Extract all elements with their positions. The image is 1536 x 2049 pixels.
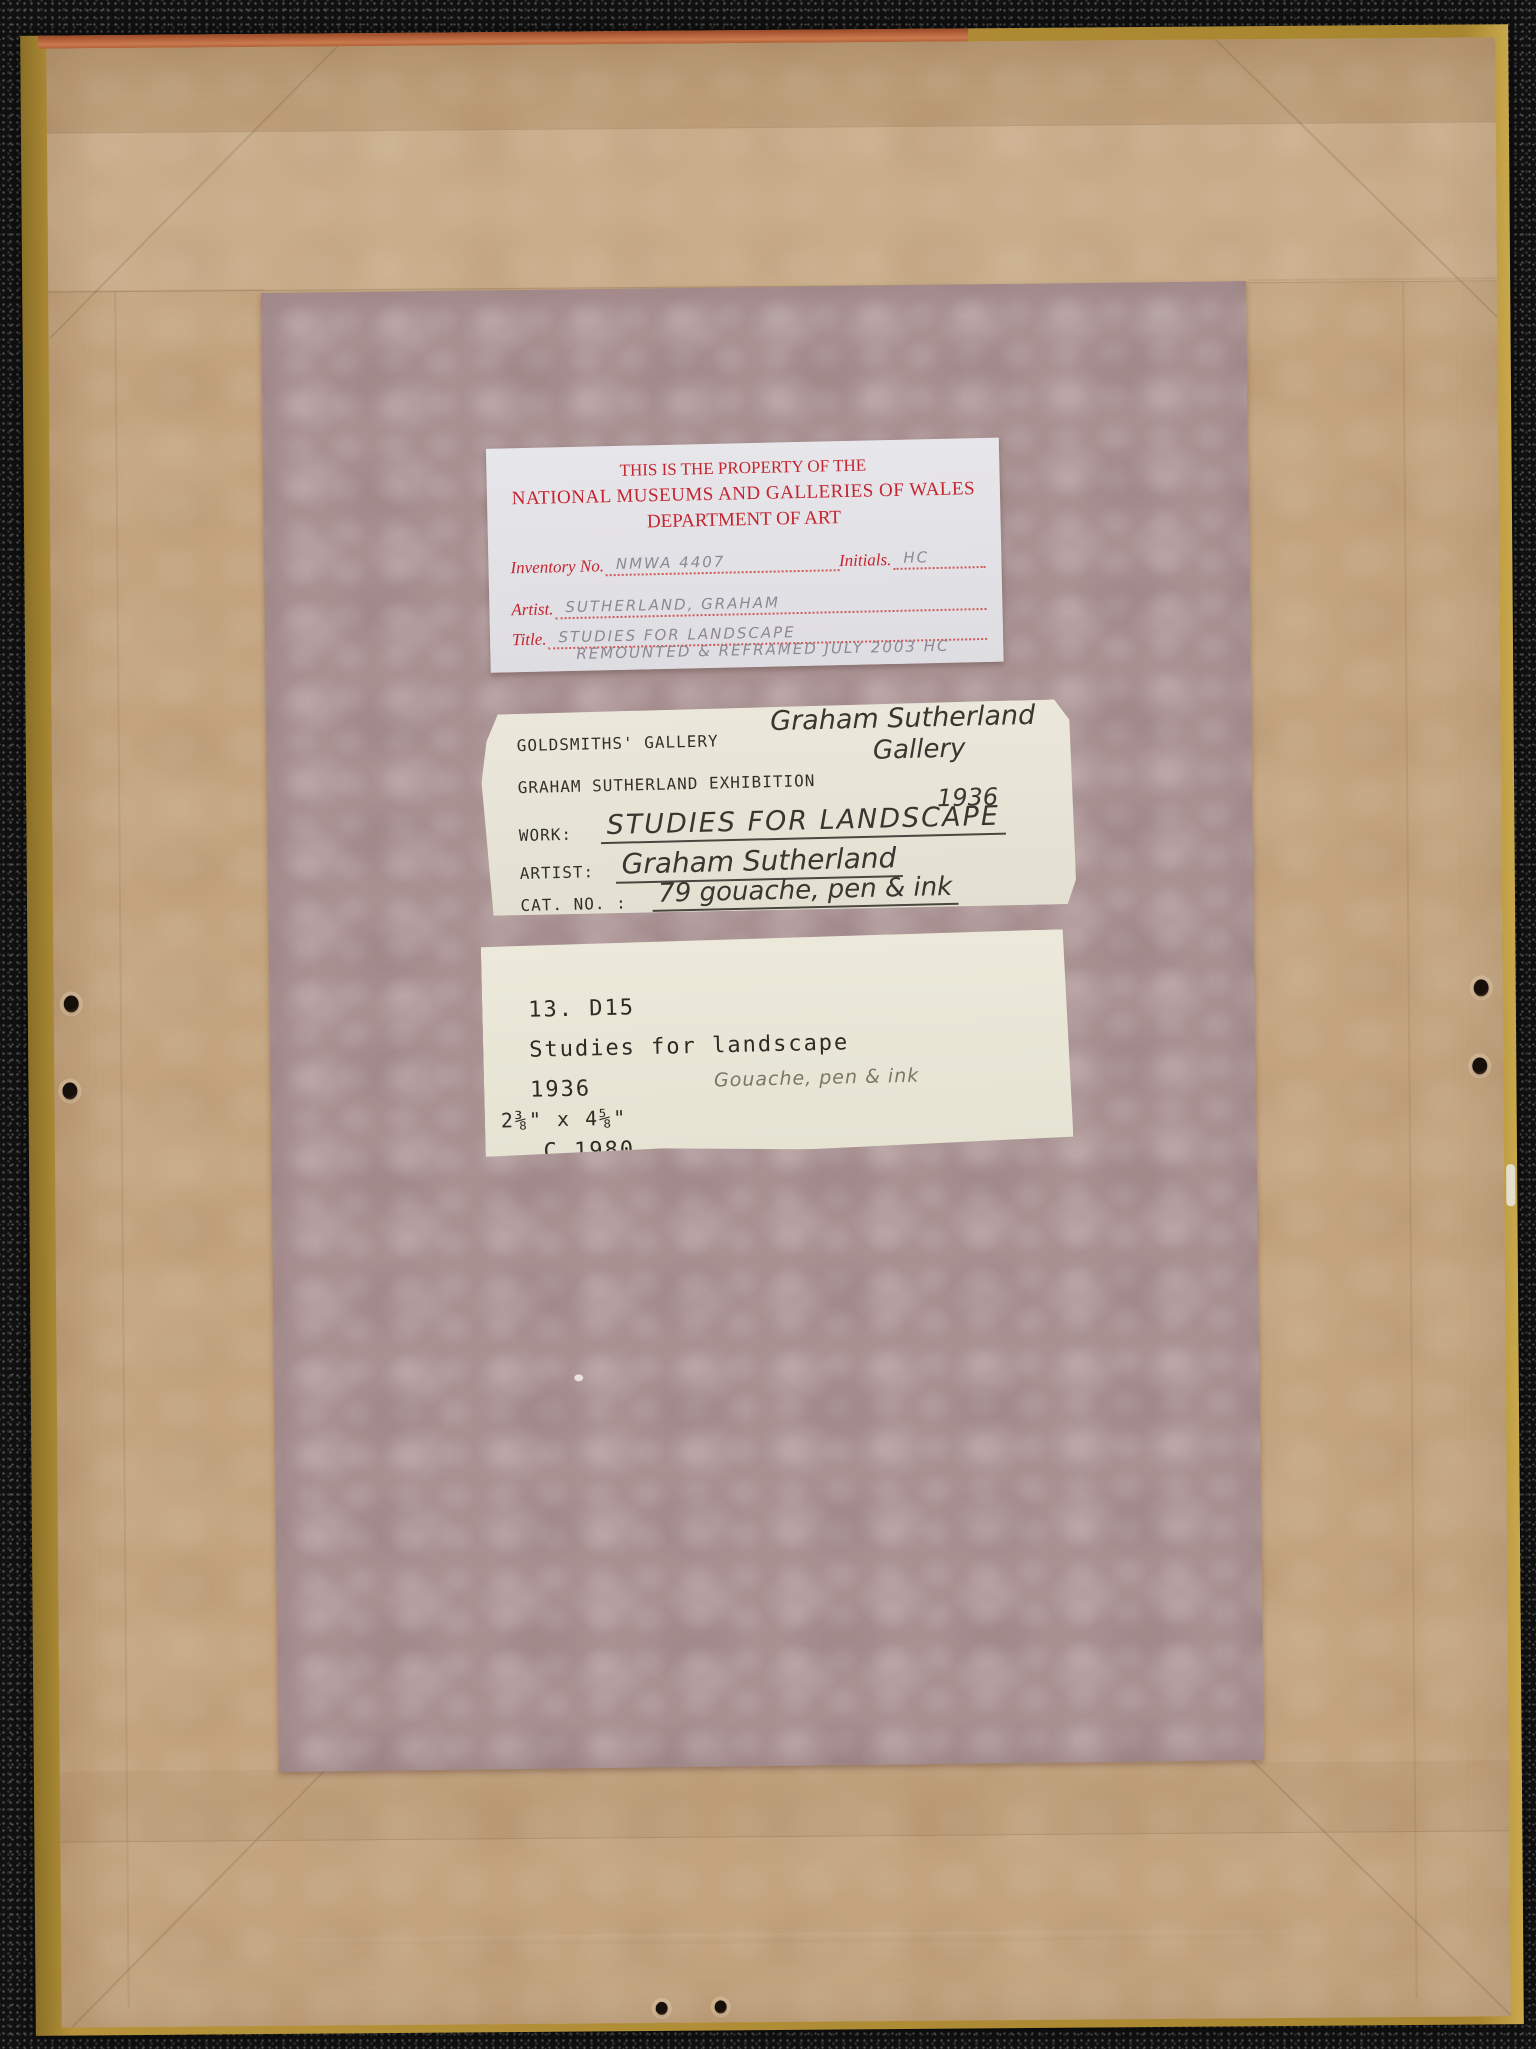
gallery-handwriting-line2: Gallery: [873, 734, 966, 766]
inventory-value-handwriting: NMWA 4407: [616, 553, 726, 573]
inventory-row: Inventory No. NMWA 4407 Initials. HC: [510, 542, 985, 578]
work-label-typed: WORK:: [519, 825, 573, 845]
artist-label: Artist.: [511, 599, 553, 620]
catalogue-number-typed: 13. D15: [528, 995, 635, 1023]
paper-blemish: [574, 1374, 583, 1381]
artist-value-handwriting: SUTHERLAND, GRAHAM: [565, 593, 780, 616]
nail-hole-right-upper: [1474, 979, 1489, 996]
tape-seam-upper-left: [48, 289, 264, 293]
museum-property-label: THIS IS THE PROPERTY OF THE NATIONAL MUS…: [486, 438, 1004, 673]
dimensions-handwriting: 2⅜" x 4⅝": [501, 1106, 628, 1133]
tape-strip-top-wide: [47, 121, 1497, 292]
inventory-line: NMWA 4407: [606, 545, 840, 576]
cardboard-backing-board: THIS IS THE PROPERTY OF THE NATIONAL MUS…: [46, 37, 1510, 2027]
frame-back-photo: { "labels": { "property": { "header1": "…: [0, 0, 1536, 2049]
artist-label-typed: ARTIST:: [519, 862, 594, 883]
nail-hole-bottom-left: [656, 2002, 668, 2015]
nail-hole-left-lower: [62, 1082, 77, 1099]
cat-no-label-typed: CAT. NO. :: [520, 894, 627, 915]
initials-label: Initials.: [839, 550, 892, 571]
initials-value-handwriting: HC: [903, 548, 929, 567]
gallery-typed: GOLDSMITHS' GALLERY: [516, 731, 718, 755]
catalogue-label: 13. D15 Studies for landscape 1936 Gouac…: [481, 929, 1074, 1157]
nail-hole-bottom-right: [715, 2000, 727, 2013]
frame-gilt-edge: THIS IS THE PROPERTY OF THE NATIONAL MUS…: [20, 24, 1524, 2036]
exhibition-typed: GRAHAM SUTHERLAND EXHIBITION: [517, 771, 815, 797]
medium-handwriting: Gouache, pen & ink: [714, 1065, 920, 1092]
initials-line: HC: [893, 542, 986, 570]
work-value-handwriting: STUDIES FOR LANDSCAPE: [600, 801, 1006, 845]
nail-hole-right-lower: [1472, 1057, 1487, 1074]
museum-property-header: THIS IS THE PROPERTY OF THE NATIONAL MUS…: [486, 450, 1001, 539]
cat-no-value-handwriting: 79 gouache, pen & ink: [652, 872, 959, 912]
artist-line: SUTHERLAND, GRAHAM: [555, 584, 986, 619]
catalogue-title-typed: Studies for landscape: [529, 1030, 850, 1063]
exhibition-label: GOLDSMITHS' GALLERY Graham Sutherland Ga…: [480, 699, 1077, 918]
tape-seam-right: [1402, 282, 1417, 1998]
tape-seam-left: [114, 292, 129, 2008]
frame-edge-chip: [1506, 1164, 1515, 1206]
board-crease-bottom: [241, 1929, 1341, 1948]
title-label: Title.: [512, 630, 547, 651]
inventory-label: Inventory No.: [510, 556, 604, 578]
nail-hole-left-upper: [64, 995, 79, 1012]
catalogue-year-typed: 1936: [530, 1076, 592, 1102]
